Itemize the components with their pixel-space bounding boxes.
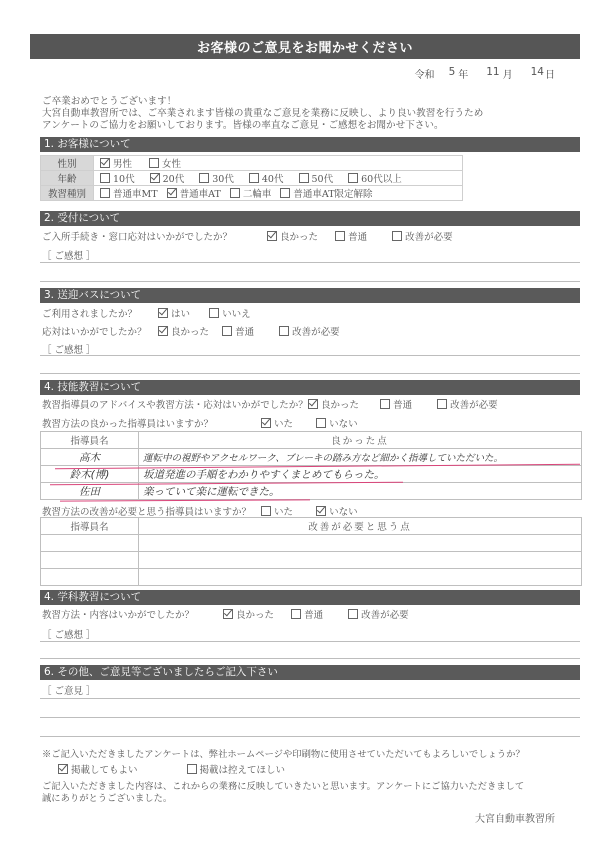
age-40s-option[interactable]: 40代 xyxy=(249,171,284,185)
reception-comment-label: ［ ご感想 ］ xyxy=(42,248,96,262)
bus-usage-row: ご利用されましたか？ はい いいえ xyxy=(42,306,265,320)
instructor-rating-normal-option[interactable]: 普通 xyxy=(380,397,412,411)
checkbox-checked-icon[interactable] xyxy=(223,609,233,619)
reception-question-row: ご入所手続き・窓口応対はいかがでしたか？ 良かった 普通 改善が必要 xyxy=(42,229,467,243)
improvement-points-cell[interactable] xyxy=(139,535,582,552)
checkbox-icon[interactable] xyxy=(249,173,259,183)
checkbox-checked-icon[interactable] xyxy=(58,764,68,774)
classroom-rating-question: 教習方法・内容はいかがでしたか？ xyxy=(42,607,220,621)
instructor-rating-question: 教習指導員のアドバイスや教習方法・応対はいかがでしたか？ xyxy=(42,397,305,411)
date-day[interactable]: 14 xyxy=(531,66,544,81)
bus-usage-yes-option[interactable]: はい xyxy=(158,306,190,320)
checkbox-icon[interactable] xyxy=(199,173,209,183)
checkbox-icon[interactable] xyxy=(209,308,219,318)
classroom-comment-line-2[interactable] xyxy=(40,658,580,659)
checkbox-checked-icon[interactable] xyxy=(267,231,277,241)
course-type-options: 普通車MT 普通車AT 二輪車 普通車AT限定解除 xyxy=(94,186,463,201)
age-30s-option[interactable]: 30代 xyxy=(199,171,234,185)
intro-line-3: アンケートのご協力をお願いしております。皆様の率直なご意見・ご感想をお聞かせ下さ… xyxy=(42,120,572,132)
checkbox-icon[interactable] xyxy=(392,231,402,241)
date-day-unit: 日 xyxy=(545,66,555,81)
improve-instructor-row: 教習方法の改善が必要と思う指導員はいますか？ いた いない xyxy=(42,504,372,518)
good-points-cell[interactable]: 楽っていて楽に運転できた。 xyxy=(139,483,582,500)
bus-usage-question: ご利用されましたか？ xyxy=(42,306,155,320)
checkbox-checked-icon[interactable] xyxy=(261,418,271,428)
other-comment-line-3[interactable] xyxy=(40,736,580,737)
bus-usage-no-option[interactable]: いいえ xyxy=(209,306,251,320)
option-label: 50代 xyxy=(312,174,334,185)
table-row: 佐田 楽っていて楽に運転できた。 xyxy=(41,483,582,500)
table-row: 高木 運転中の視野やアクセルワーク、ブレーキの踏み方など細かく指導していただいた… xyxy=(41,449,582,466)
option-label: 女性 xyxy=(162,159,181,170)
course-mt-option[interactable]: 普通車MT xyxy=(100,186,158,200)
highlight-underline xyxy=(60,499,310,501)
bus-service-normal-option[interactable]: 普通 xyxy=(222,324,254,338)
good-points-cell[interactable]: 運転中の視野やアクセルワーク、ブレーキの踏み方など細かく指導していただいた。 xyxy=(139,449,582,466)
bus-comment-line-1[interactable] xyxy=(40,355,580,356)
checkbox-icon[interactable] xyxy=(261,506,271,516)
option-label: 普通車MT xyxy=(113,189,158,200)
option-label: 60代以上 xyxy=(361,174,402,185)
option-label: はい xyxy=(171,309,190,320)
good-instructor-yes-option[interactable]: いた xyxy=(261,416,293,430)
option-label: 男性 xyxy=(113,159,132,170)
option-label: 30代 xyxy=(212,174,234,185)
option-label: 掲載してもよい xyxy=(71,765,138,776)
checkbox-icon[interactable] xyxy=(380,399,390,409)
bus-service-question: 応対はいかがでしたか？ xyxy=(42,324,155,338)
bus-comment-label: ［ ご感想 ］ xyxy=(42,342,96,356)
good-points-cell[interactable]: 坂道発進の手順をわかりやすくまとめてもらった。 xyxy=(139,466,582,483)
course-type-row: 教習種別 普通車MT 普通車AT 二輪車 普通車AT限定解除 xyxy=(41,186,463,201)
option-label: 普通 xyxy=(304,610,323,621)
checkbox-icon[interactable] xyxy=(291,609,301,619)
intro-line-1: ご卒業おめでとうございます！ xyxy=(42,96,572,108)
checkbox-checked-icon[interactable] xyxy=(158,308,168,318)
section-classroom-lessons-header: 4. 学科教習について xyxy=(40,590,580,605)
improve-instructor-question: 教習方法の改善が必要と思う指導員はいますか？ xyxy=(42,504,258,518)
date-month[interactable]: 11 xyxy=(486,66,499,81)
option-label: 改善が必要 xyxy=(292,327,340,338)
instructor-rating-good-option[interactable]: 良かった xyxy=(308,397,359,411)
reception-comment-line-2[interactable] xyxy=(40,281,580,282)
course-type-label: 教習種別 xyxy=(41,186,94,201)
checkbox-icon[interactable] xyxy=(100,188,110,198)
checkbox-icon[interactable] xyxy=(100,173,110,183)
checkbox-checked-icon[interactable] xyxy=(308,399,318,409)
option-label: 改善が必要 xyxy=(405,232,453,243)
age-label: 年齢 xyxy=(41,171,94,186)
instructor-name-cell[interactable] xyxy=(41,552,139,569)
bus-service-good-option[interactable]: 良かった xyxy=(158,324,209,338)
improve-instructor-table: 指導員名 改善が必要と思う点 xyxy=(40,517,582,586)
date-era: 令和 xyxy=(415,66,435,81)
form-title: お客様のご意見をお聞かせください xyxy=(30,34,580,59)
age-10s-option[interactable]: 10代 xyxy=(100,171,135,185)
thanks-text: ご記入いただきました内容は、これからの業務に反映していきたいと思います。アンケー… xyxy=(42,781,582,805)
school-name: 大宮自動車教習所 xyxy=(475,810,555,825)
good-instructor-row: 教習方法の良かった指導員はいますか？ いた いない xyxy=(42,416,372,430)
customer-info-table: 性別 男性 女性 年齢 10代 20代 30代 40代 50代 60代以上 教習… xyxy=(40,155,463,201)
option-label: 良かった xyxy=(321,400,359,411)
section-other-comments-header: 6. その他、ご意見等ございましたらご記入下さい xyxy=(40,665,580,680)
intro-text: ご卒業おめでとうございます！ 大宮自動車教習所では、ご卒業されます皆様の貴重なご… xyxy=(42,96,572,132)
checkbox-icon[interactable] xyxy=(279,326,289,336)
instructor-name-cell[interactable] xyxy=(41,569,139,586)
course-at-limit-removal-option[interactable]: 普通車AT限定解除 xyxy=(280,186,372,200)
gender-options: 男性 女性 xyxy=(94,156,463,171)
table-row xyxy=(41,552,582,569)
gender-row: 性別 男性 女性 xyxy=(41,156,463,171)
checkbox-icon[interactable] xyxy=(187,764,197,774)
publication-permission-row: 掲載してもよい 掲載は控えてほしい xyxy=(58,762,299,776)
age-row: 年齢 10代 20代 30代 40代 50代 60代以上 xyxy=(41,171,463,186)
date-field: 令和 5 年 11 月 14 日 xyxy=(415,66,555,81)
table-header-row: 指導員名 良かった点 xyxy=(41,432,582,449)
checkbox-icon[interactable] xyxy=(335,231,345,241)
instructor-rating-row: 教習指導員のアドバイスや教習方法・応対はいかがでしたか？ 良かった 普通 改善が… xyxy=(42,397,512,411)
bus-service-needs-improvement-option[interactable]: 改善が必要 xyxy=(279,324,340,338)
checkbox-icon[interactable] xyxy=(437,399,447,409)
section-shuttle-bus-header: 3. 送迎バスについて xyxy=(40,288,580,303)
publication-permission-question: ※ご記入いただきましたアンケートは、弊社ホームページや印刷物に使用させていただい… xyxy=(42,749,582,761)
classroom-comment-line-1[interactable] xyxy=(40,641,580,642)
option-label: 良かった xyxy=(236,610,274,621)
classroom-rating-row: 教習方法・内容はいかがでしたか？ 良かった 普通 改善が必要 xyxy=(42,607,423,621)
checkbox-checked-icon[interactable] xyxy=(100,158,110,168)
instructor-name-cell[interactable]: 高木 xyxy=(41,449,139,466)
option-label: 40代 xyxy=(262,174,284,185)
option-label: 掲載は控えてほしい xyxy=(200,765,286,776)
thanks-line-2: 誠にありがとうございました。 xyxy=(42,793,582,805)
option-label: 改善が必要 xyxy=(361,610,409,621)
checkbox-icon[interactable] xyxy=(280,188,290,198)
improve-instructor-no-option[interactable]: いない xyxy=(316,504,358,518)
course-motorcycle-option[interactable]: 二輪車 xyxy=(230,186,272,200)
other-comment-line-1[interactable] xyxy=(40,698,580,699)
checkbox-checked-icon[interactable] xyxy=(158,326,168,336)
bus-service-row: 応対はいかがでしたか？ 良かった 普通 改善が必要 xyxy=(42,324,354,338)
age-60s-plus-option[interactable]: 60代以上 xyxy=(348,171,402,185)
instructor-name-cell[interactable] xyxy=(41,535,139,552)
checkbox-checked-icon[interactable] xyxy=(150,173,160,183)
checkbox-checked-icon[interactable] xyxy=(167,188,177,198)
reception-needs-improvement-option[interactable]: 改善が必要 xyxy=(392,229,453,243)
age-options: 10代 20代 30代 40代 50代 60代以上 xyxy=(94,171,463,186)
table-row xyxy=(41,535,582,552)
section-skill-lessons-header: 4. 技能教習について xyxy=(40,380,580,395)
other-comment-line-2[interactable] xyxy=(40,717,580,718)
checkbox-icon[interactable] xyxy=(348,609,358,619)
instructor-rating-needs-improvement-option[interactable]: 改善が必要 xyxy=(437,397,498,411)
reception-normal-option[interactable]: 普通 xyxy=(335,229,367,243)
option-label: 改善が必要 xyxy=(450,400,498,411)
gender-female-option[interactable]: 女性 xyxy=(149,156,181,170)
good-instructor-question: 教習方法の良かった指導員はいますか？ xyxy=(42,416,258,430)
option-label: 普通 xyxy=(348,232,367,243)
reception-comment-line-1[interactable] xyxy=(40,262,580,263)
date-year[interactable]: 5 xyxy=(449,66,456,81)
option-label: 10代 xyxy=(113,174,135,185)
option-label: 普通車AT xyxy=(180,189,221,200)
thanks-line-1: ご記入いただきました内容は、これからの業務に反映していきたいと思います。アンケー… xyxy=(42,781,582,793)
option-label: いいえ xyxy=(222,309,251,320)
option-label: 普通車AT限定解除 xyxy=(293,189,372,200)
age-50s-option[interactable]: 50代 xyxy=(299,171,334,185)
classroom-needs-improvement-option[interactable]: 改善が必要 xyxy=(348,607,409,621)
option-label: 普通 xyxy=(235,327,254,338)
option-label: いない xyxy=(329,419,358,430)
gender-label: 性別 xyxy=(41,156,94,171)
classroom-normal-option[interactable]: 普通 xyxy=(291,607,323,621)
date-year-unit: 年 xyxy=(458,66,468,81)
option-label: 良かった xyxy=(171,327,209,338)
age-20s-option[interactable]: 20代 xyxy=(150,171,185,185)
publish-decline-option[interactable]: 掲載は控えてほしい xyxy=(187,762,286,776)
publish-ok-option[interactable]: 掲載してもよい xyxy=(58,762,138,776)
checkbox-icon[interactable] xyxy=(348,173,358,183)
intro-line-2: 大宮自動車教習所では、ご卒業されます皆様の貴重なご意見を業務に反映し、より良い教… xyxy=(42,108,572,120)
other-comment-label: ［ ご意見 ］ xyxy=(42,683,96,697)
good-points-header: 良かった点 xyxy=(139,432,582,449)
option-label: 普通 xyxy=(393,400,412,411)
improvement-points-header: 改善が必要と思う点 xyxy=(139,518,582,535)
instructor-name-header: 指導員名 xyxy=(41,518,139,535)
table-row xyxy=(41,569,582,586)
date-month-unit: 月 xyxy=(503,66,513,81)
option-label: 良かった xyxy=(280,232,318,243)
checkbox-icon[interactable] xyxy=(299,173,309,183)
option-label: 20代 xyxy=(163,174,185,185)
checkbox-icon[interactable] xyxy=(149,158,159,168)
checkbox-icon[interactable] xyxy=(316,418,326,428)
classroom-comment-label: ［ ご感想 ］ xyxy=(42,627,96,641)
option-label: いた xyxy=(274,419,293,430)
reception-question: ご入所手続き・窓口応対はいかがでしたか？ xyxy=(42,229,264,243)
instructor-name-header: 指導員名 xyxy=(41,432,139,449)
bus-comment-line-2[interactable] xyxy=(40,373,580,374)
checkbox-icon[interactable] xyxy=(222,326,232,336)
improvement-points-cell[interactable] xyxy=(139,552,582,569)
gender-male-option[interactable]: 男性 xyxy=(100,156,132,170)
table-header-row: 指導員名 改善が必要と思う点 xyxy=(41,518,582,535)
improvement-points-cell[interactable] xyxy=(139,569,582,586)
section-customer-header: 1. お客様について xyxy=(40,137,580,152)
improve-instructor-yes-option[interactable]: いた xyxy=(261,504,293,518)
section-reception-header: 2. 受付について xyxy=(40,211,580,226)
course-at-option[interactable]: 普通車AT xyxy=(167,186,221,200)
classroom-good-option[interactable]: 良かった xyxy=(223,607,274,621)
checkbox-icon[interactable] xyxy=(230,188,240,198)
checkbox-checked-icon[interactable] xyxy=(316,506,326,516)
good-instructor-no-option[interactable]: いない xyxy=(316,416,358,430)
option-label: 二輪車 xyxy=(243,189,272,200)
reception-good-option[interactable]: 良かった xyxy=(267,229,318,243)
